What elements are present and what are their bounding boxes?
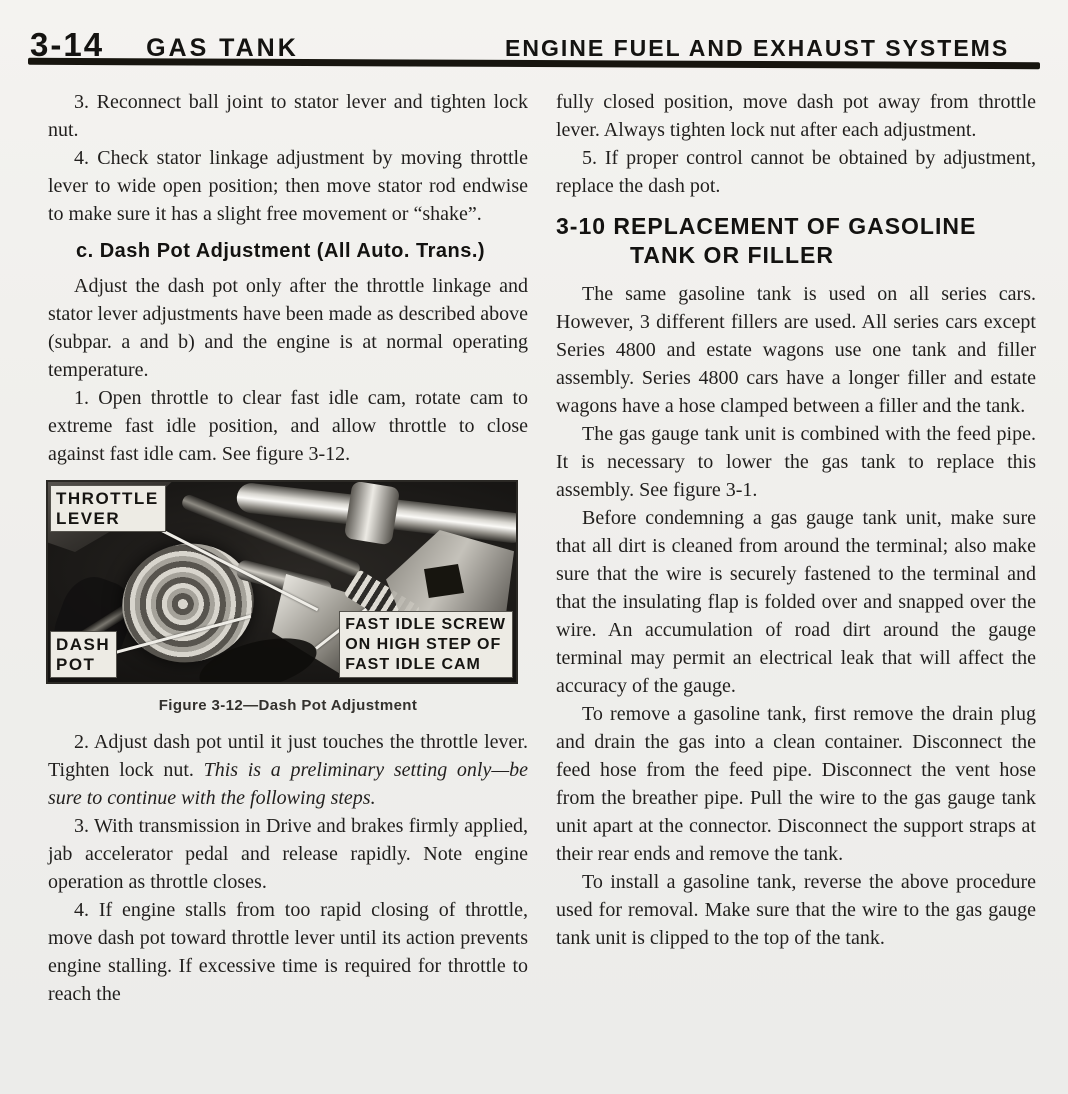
paragraph-tank-fillers: The same gasoline tank is used on all se… [556,280,1036,420]
section-heading-line-1: 3-10 REPLACEMENT OF GASOLINE [556,213,976,239]
fast-idle-screw-label: FAST IDLE SCREW ON HIGH STEP OF FAST IDL… [339,611,513,678]
paragraph-step-4b: 4. If engine stalls from too rapid closi… [48,896,528,1008]
paragraph-continuation: fully closed position, move dash pot awa… [556,88,1036,144]
subsection-heading-c: c. Dash Pot Adjustment (All Auto. Trans.… [76,237,528,265]
paragraph-install-tank: To install a gasoline tank, reverse the … [556,868,1036,952]
figure-3-12: THROTTLE LEVER DASH POT FAST IDLE SCREW … [48,482,528,720]
manual-page: 3-14 GAS TANK ENGINE FUEL AND EXHAUST SY… [0,0,1068,1094]
photo-clamp-shape [344,482,400,545]
paragraph-step-3b: 3. With transmission in Drive and brakes… [48,812,528,896]
chapter-title: ENGINE FUEL AND EXHAUST SYSTEMS [505,35,1009,62]
section-heading-line-2: TANK OR FILLER [630,241,1036,270]
paragraph-step-1: 1. Open throttle to clear fast idle cam,… [48,384,528,468]
paragraph-step-5: 5. If proper control cannot be obtained … [556,144,1036,200]
figure-caption: Figure 3-12—Dash Pot Adjustment [48,692,528,720]
paragraph-intro: Adjust the dash pot only after the throt… [48,272,528,384]
figure-photo: THROTTLE LEVER DASH POT FAST IDLE SCREW … [48,482,516,682]
paragraph-remove-tank: To remove a gasoline tank, first remove … [556,700,1036,868]
paragraph-gauge-unit: The gas gauge tank unit is combined with… [556,420,1036,504]
paragraph-before-condemning: Before condemning a gas gauge tank unit,… [556,504,1036,700]
photo-cam-hole-shape [424,564,464,598]
paragraph-step-4: 4. Check stator linkage adjustment by mo… [48,144,528,228]
paragraph-step-2: 2. Adjust dash pot until it just touches… [48,728,528,812]
right-column: fully closed position, move dash pot awa… [556,88,1036,952]
dash-pot-label: DASH POT [50,631,117,678]
left-column: 3. Reconnect ball joint to stator lever … [48,88,528,1008]
throttle-lever-label: THROTTLE LEVER [50,485,166,532]
paragraph-step-3: 3. Reconnect ball joint to stator lever … [48,88,528,144]
section-heading-3-10: 3-10 REPLACEMENT OF GASOLINE TANK OR FIL… [556,212,1036,270]
